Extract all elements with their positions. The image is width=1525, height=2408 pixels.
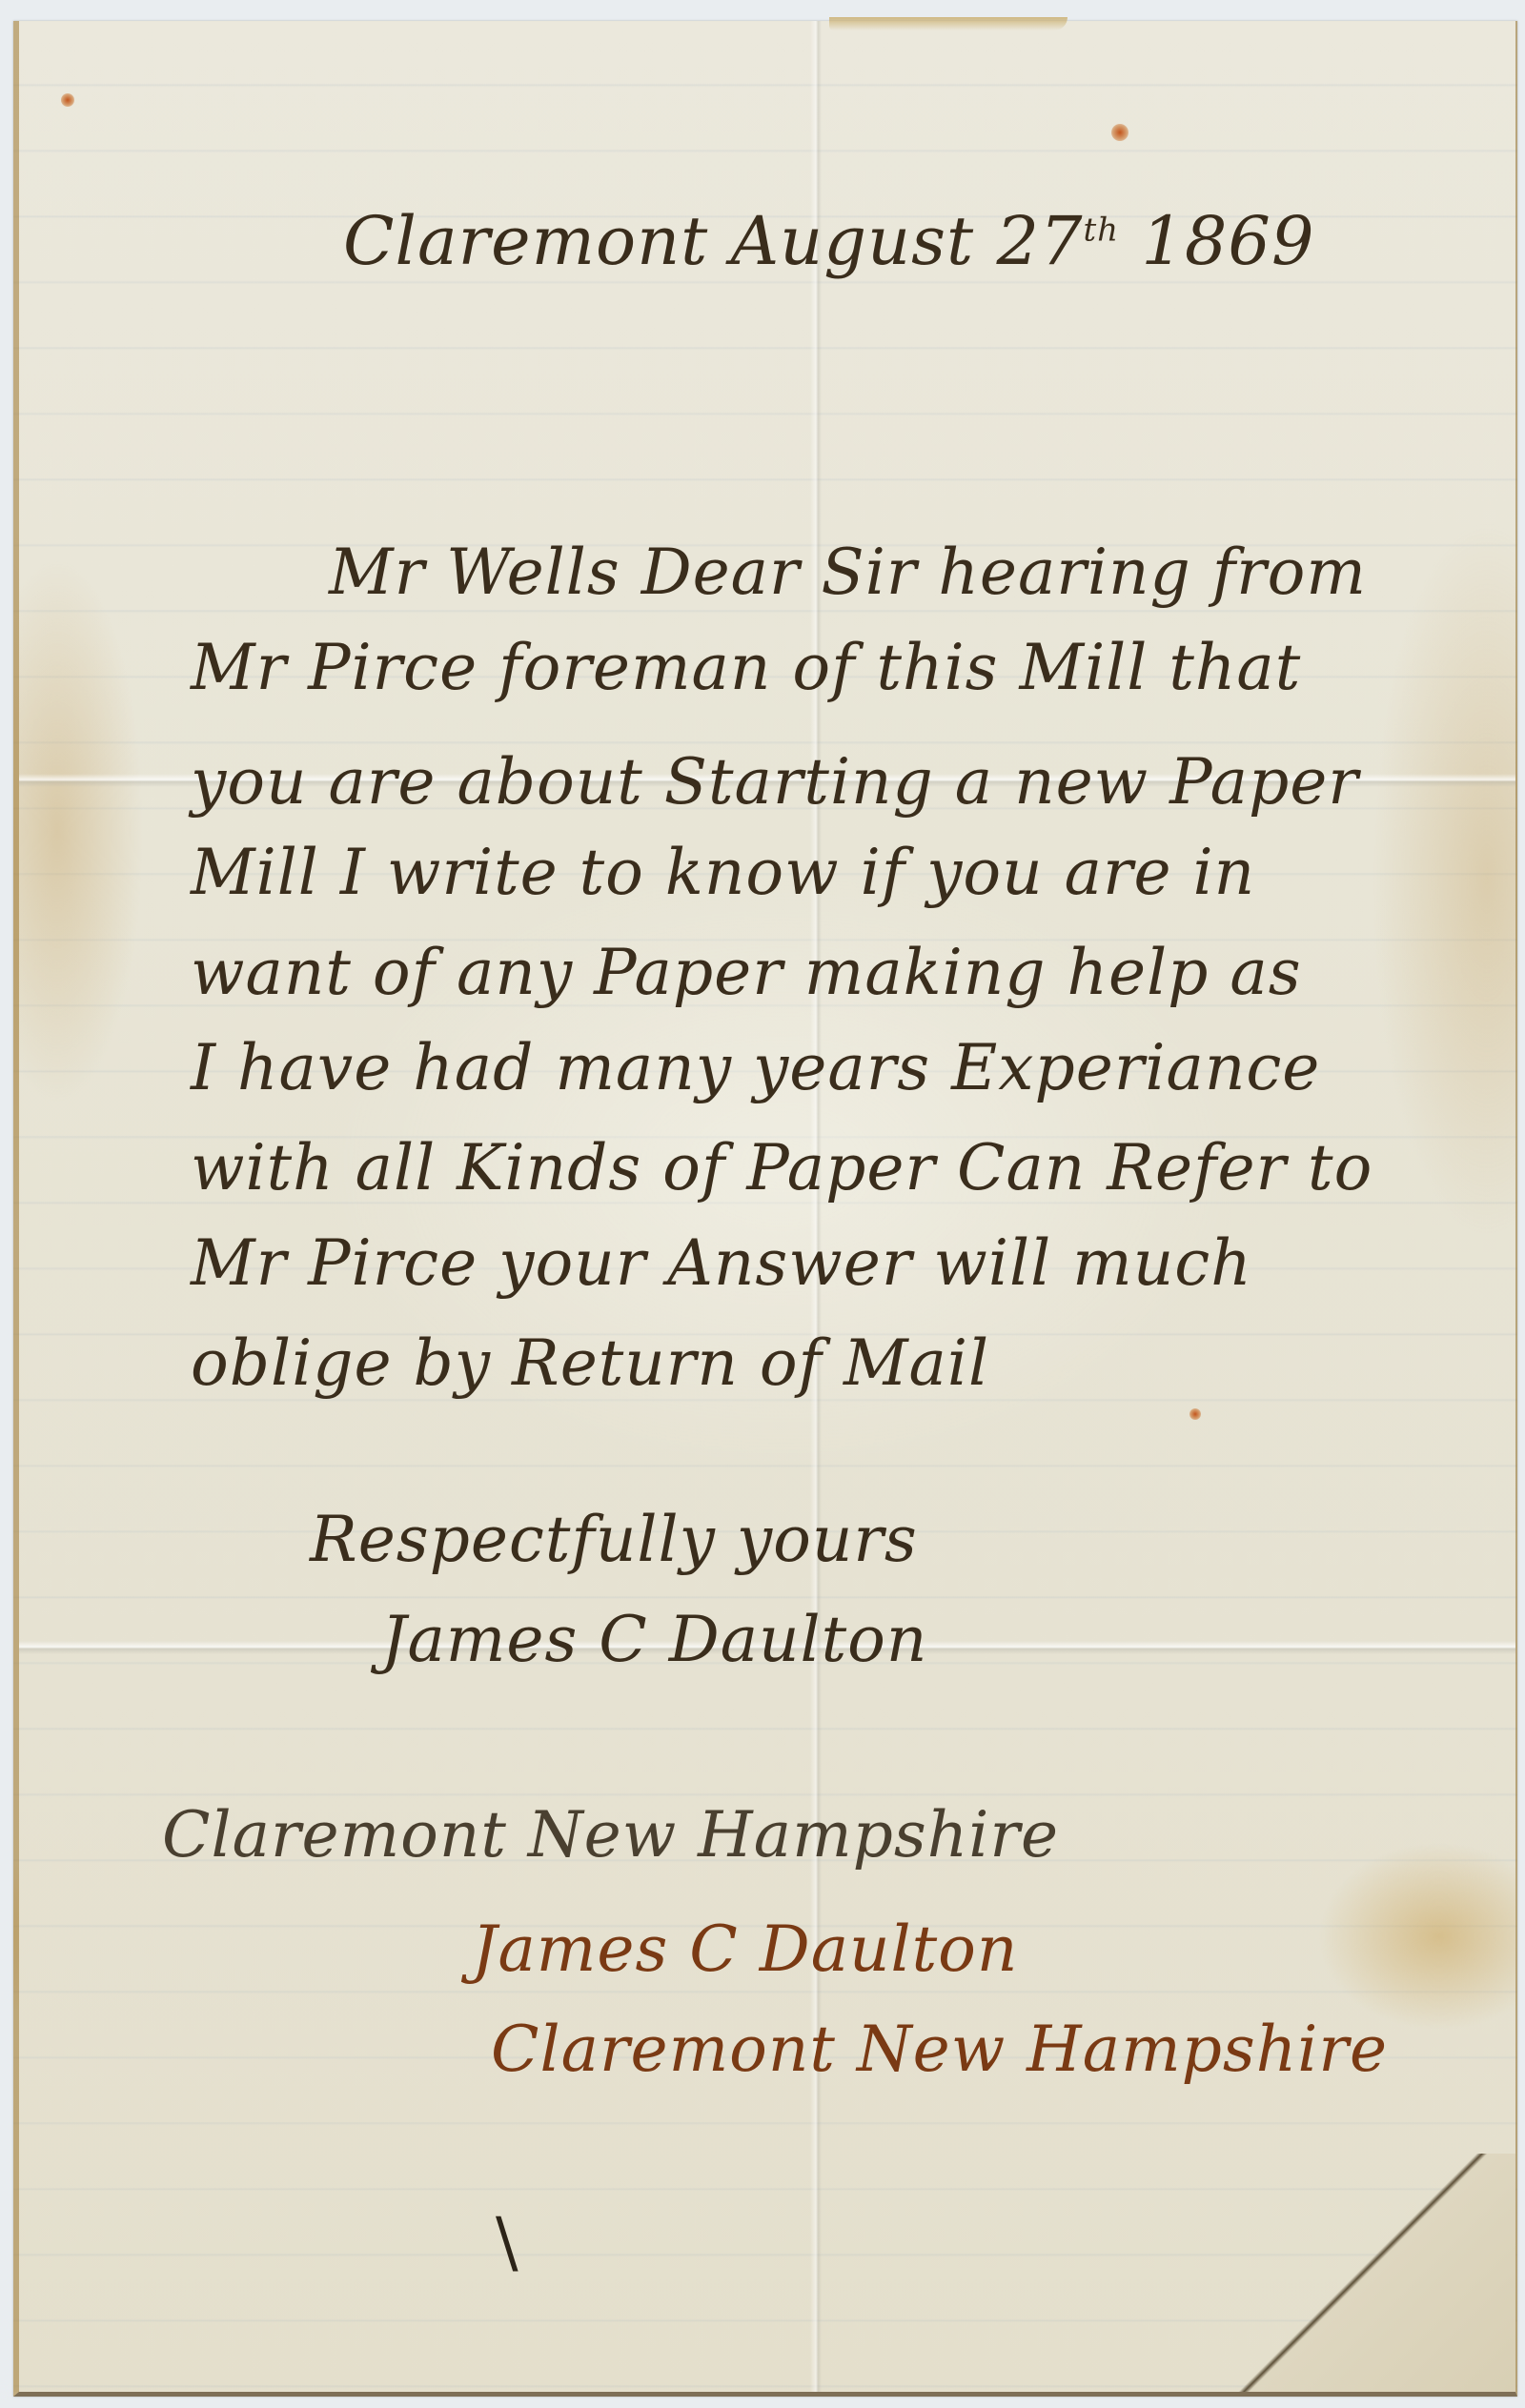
body-line: Mr Pirce your Answer will much [191,1226,1252,1300]
ink-spot [1189,1408,1201,1420]
dateline-month: August [731,202,975,280]
dateline: Claremont August 27th 1869 [343,202,1315,280]
dateline-day: 27 [996,202,1083,280]
body-line: with all Kinds of Paper Can Refer to [191,1131,1372,1204]
dateline-year: 1869 [1141,202,1314,280]
body-line: you are about Starting a new Paper [191,745,1359,819]
body-line: want of any Paper making help as [191,936,1302,1009]
address-pencil-line: Claremont New Hampshire [162,1798,1059,1872]
folded-corner [1210,2154,1515,2392]
stray-pen-mark: \ [496,2203,518,2281]
letter-sheet: Claremont August 27th 1869 Mr Wells Dear… [13,21,1517,2397]
address-name: James C Daulton [472,1912,1018,1986]
ink-spot [1111,124,1128,141]
paper-tear [829,17,1067,30]
dateline-place: Claremont [343,202,708,280]
ink-spot [61,93,74,107]
closing: Respectfully yours [310,1503,918,1576]
body-line: Mr Pirce foreman of this Mill that [191,631,1301,704]
signature: James C Daulton [381,1603,927,1676]
address-place: Claremont New Hampshire [491,2013,1388,2086]
body-line: oblige by Return of Mail [191,1326,989,1400]
body-line: Mr Wells Dear Sir hearing from [329,536,1367,609]
dateline-day-suffix: th [1084,212,1120,250]
body-line: I have had many years Experiance [191,1031,1320,1104]
body-line: Mill I write to know if you are in [191,836,1255,909]
